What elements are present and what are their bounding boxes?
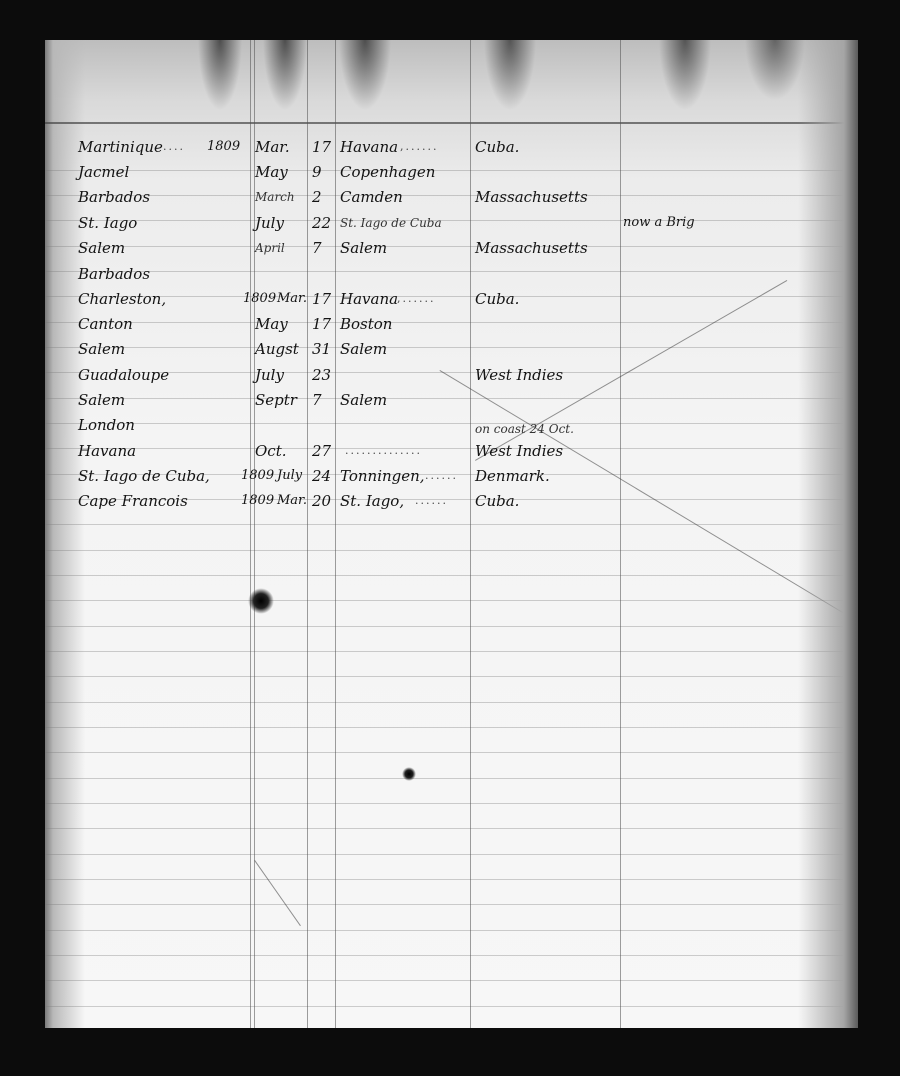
country-cell: Denmark. — [475, 465, 550, 487]
leader-dots: .............. — [345, 440, 422, 462]
ruled-line — [45, 1006, 858, 1007]
country-cell: Massachusetts — [475, 237, 588, 259]
ruled-line — [45, 904, 858, 905]
day-cell: 2 — [312, 186, 322, 208]
month-cell: Mar. — [277, 490, 307, 512]
place-cell: Guadaloupe — [78, 364, 169, 386]
ruled-line — [45, 727, 858, 728]
ruled-line — [45, 676, 858, 677]
ledger-row: London on coast 24 Oct. — [45, 414, 858, 438]
remark-cell: now a Brig — [623, 212, 695, 234]
ruled-line — [45, 955, 858, 956]
scratch-line — [254, 860, 301, 926]
country-cell: Cuba. — [475, 490, 519, 512]
place-cell: St. Iago de Cuba, — [78, 465, 210, 487]
month-cell: Augst — [255, 338, 299, 360]
place-cell: Havana — [78, 440, 136, 462]
day-cell: 7 — [312, 237, 322, 259]
ledger-row: St. Iago July 22 St. Iago de Cuba now a … — [45, 212, 858, 236]
ruled-line — [45, 550, 858, 551]
day-cell: 20 — [312, 490, 331, 512]
day-cell: 7 — [312, 389, 322, 411]
month-cell: Oct. — [255, 440, 287, 462]
country-cell: West Indies — [475, 440, 563, 462]
place-cell: Salem — [78, 389, 125, 411]
port-cell: St. Iago, — [340, 490, 404, 512]
port-cell: Salem — [340, 338, 387, 360]
ink-blot — [248, 588, 274, 614]
place-cell: Barbados — [78, 263, 150, 285]
ruled-line — [45, 626, 858, 627]
leader-dots: ...... — [415, 490, 448, 512]
place-cell: Barbados — [78, 186, 150, 208]
year-cell: 1809 — [207, 136, 240, 158]
month-cell: April — [255, 237, 285, 259]
place-cell: St. Iago — [78, 212, 137, 234]
place-cell: Salem — [78, 237, 125, 259]
ledger-row: Barbados March 2 Camden Massachusetts — [45, 186, 858, 210]
country-cell: Cuba. — [475, 136, 519, 158]
ledger-row: Salem Septr 7 Salem — [45, 389, 858, 413]
month-cell: March — [255, 186, 295, 208]
leader-dots: .... — [163, 136, 185, 158]
ruled-line — [45, 702, 858, 703]
ledger-row: Barbados — [45, 263, 858, 287]
port-cell: Havana — [340, 136, 398, 158]
ruled-line — [45, 828, 858, 829]
year-cell: 1809 — [241, 490, 274, 512]
place-cell: Canton — [78, 313, 133, 335]
port-cell: Salem — [340, 389, 387, 411]
country-cell: Cuba. — [475, 288, 519, 310]
place-cell: Jacmel — [78, 161, 129, 183]
month-cell: July — [255, 212, 284, 234]
day-cell: 17 — [312, 313, 331, 335]
leader-dots: ,...... — [400, 136, 438, 158]
place-cell: Martinique — [78, 136, 163, 158]
ruled-line — [45, 854, 858, 855]
month-cell: July — [277, 465, 302, 487]
year-cell: 1809 — [241, 465, 274, 487]
day-cell: 22 — [312, 212, 331, 234]
port-cell: Havana — [340, 288, 398, 310]
day-cell: 17 — [312, 288, 331, 310]
port-cell: Copenhagen — [340, 161, 435, 183]
ruled-line — [45, 930, 858, 931]
day-cell: 31 — [312, 338, 331, 360]
place-cell: Charleston, — [78, 288, 166, 310]
header-rule — [45, 122, 858, 124]
country-cell: West Indies — [475, 364, 563, 386]
month-cell: Mar. — [277, 288, 307, 310]
place-cell: Salem — [78, 338, 125, 360]
ruled-line — [45, 600, 858, 601]
ink-blot — [402, 767, 416, 781]
ledger-row: Charleston, 1809 Mar. 17 Havana ,...... … — [45, 288, 858, 312]
ruled-line — [45, 980, 858, 981]
leader-dots: ...... — [425, 465, 458, 487]
port-cell: St. Iago de Cuba — [340, 212, 442, 234]
place-cell: London — [78, 414, 135, 436]
ledger-row: Canton May 17 Boston — [45, 313, 858, 337]
day-cell: 23 — [312, 364, 331, 386]
day-cell: 24 — [312, 465, 331, 487]
port-cell: Camden — [340, 186, 403, 208]
ruled-line — [45, 651, 858, 652]
month-cell: May — [255, 313, 288, 335]
day-cell: 17 — [312, 136, 331, 158]
ledger-row: Salem Augst 31 Salem — [45, 338, 858, 362]
month-cell: May — [255, 161, 288, 183]
country-cell: on coast 24 Oct. — [475, 418, 574, 440]
top-edge-shadow — [45, 40, 858, 130]
day-cell: 27 — [312, 440, 331, 462]
ledger-row: Martinique .... 1809 Mar. 17 Havana ,...… — [45, 136, 858, 160]
month-cell: July — [255, 364, 284, 386]
day-cell: 9 — [312, 161, 322, 183]
leader-dots: ,...... — [397, 288, 435, 310]
year-cell: 1809 — [243, 288, 276, 310]
month-cell: Septr — [255, 389, 297, 411]
month-cell: Mar. — [255, 136, 290, 158]
ledger-row: Salem April 7 Salem Massachusetts — [45, 237, 858, 261]
place-cell: Cape Francois — [78, 490, 188, 512]
port-cell: Boston — [340, 313, 392, 335]
ledger-row: Havana Oct. 27 .............. West Indie… — [45, 440, 858, 464]
ledger-row: Cape Francois 1809 Mar. 20 St. Iago, ...… — [45, 490, 858, 514]
ledger-page: Martinique .... 1809 Mar. 17 Havana ,...… — [45, 40, 858, 1028]
ledger-row: Jacmel May 9 Copenhagen — [45, 161, 858, 185]
ledger-row: St. Iago de Cuba, 1809 July 24 Tonningen… — [45, 465, 858, 489]
ruled-line — [45, 524, 858, 525]
ruled-line — [45, 778, 858, 779]
port-cell: Salem — [340, 237, 387, 259]
ruled-line — [45, 879, 858, 880]
port-cell: Tonningen, — [340, 465, 425, 487]
ledger-row: Guadaloupe July 23 West Indies — [45, 364, 858, 388]
ruled-line — [45, 752, 858, 753]
country-cell: Massachusetts — [475, 186, 588, 208]
ruled-line — [45, 575, 858, 576]
ruled-line — [45, 803, 858, 804]
